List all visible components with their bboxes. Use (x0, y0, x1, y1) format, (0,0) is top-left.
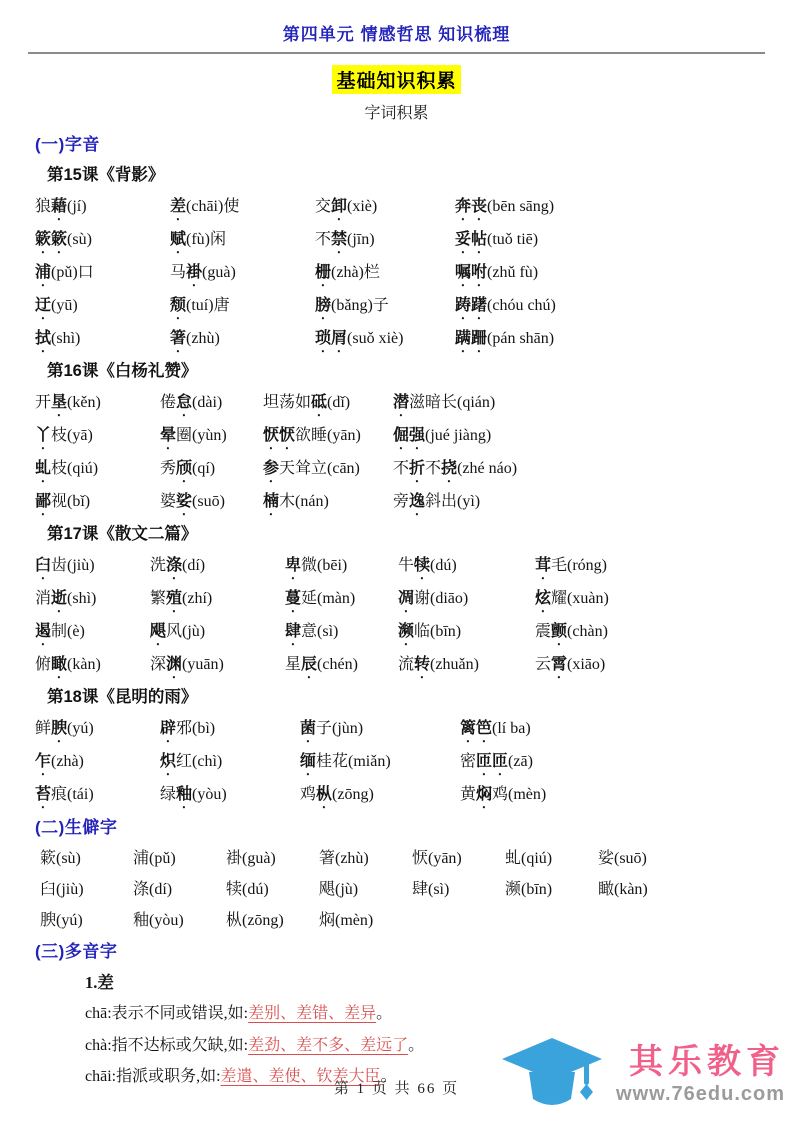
rare-character-entry: 肆(sì) (412, 874, 505, 905)
emphasized-character: 娑 (176, 493, 192, 510)
emphasized-character: 嘱咐 (455, 264, 487, 281)
word-entry: 茸毛(róng) (535, 550, 767, 583)
rare-character-entry: 飓(jù) (319, 874, 412, 905)
emphasized-character: 凋 (398, 590, 414, 607)
word-entry: 膀(bǎng)子 (315, 290, 455, 323)
emphasized-character: 簌簌 (35, 231, 67, 248)
word-entry: 拭(shì) (35, 323, 170, 356)
word-entry: 迂(yū) (35, 290, 170, 323)
word-entry: 倔强(jué jiàng) (393, 420, 767, 453)
polyphone-examples: 差别、差错、差异 (248, 1005, 376, 1022)
emphasized-character: 砥 (311, 394, 327, 411)
emphasized-character: 怠 (176, 394, 192, 411)
polyphone-item-number: 1.差 (85, 967, 767, 998)
word-row: 虬枝(qiú)秀颀(qí)参天耸立(cān)不折不挠(zhé náo) (35, 453, 767, 486)
rare-character-entry: 臼(jiù) (40, 874, 133, 905)
word-entry: 蹒跚(pán shān) (455, 323, 767, 356)
emphasized-character: 楠 (263, 493, 279, 510)
word-entry: 云霄(xiāo) (535, 649, 767, 682)
emphasized-character: 腴 (51, 720, 67, 737)
word-entry: 恹恹欲睡(yān) (263, 420, 393, 453)
emphasized-character: 篱笆 (460, 720, 492, 737)
emphasized-character: 乍 (35, 753, 51, 770)
emphasized-character: 栅 (315, 264, 331, 281)
emphasized-character: 蔓 (285, 590, 301, 607)
word-entry: 旁逸斜出(yì) (393, 486, 767, 519)
word-row: 迂(yū)颓(tuí)唐膀(bǎng)子踌躇(chóu chú) (35, 290, 767, 323)
emphasized-character: 倔强 (393, 427, 425, 444)
section-heading-pronunciation: (一)字音 (35, 129, 767, 160)
emphasized-character: 赋 (170, 231, 186, 248)
word-row: 浦(pǔ)口马褂(guà)栅(zhà)栏嘱咐(zhǔ fù) (35, 257, 767, 290)
emphasized-character: 拭 (35, 330, 51, 347)
word-entry: 琐屑(suǒ xiè) (315, 323, 455, 356)
word-entry: 栅(zhà)栏 (315, 257, 455, 290)
word-entry: 繁殖(zhí) (150, 583, 285, 616)
emphasized-character: 踌躇 (455, 297, 487, 314)
word-entry: 狼藉(jí) (35, 191, 170, 224)
emphasized-character: 缅 (300, 753, 316, 770)
emphasized-character: 苔 (35, 786, 51, 803)
word-entry: 奔丧(bēn sāng) (455, 191, 767, 224)
rare-character-entry: 釉(yòu) (133, 905, 226, 936)
emphasized-character: 差 (170, 198, 186, 215)
word-row: 丫枝(yā)晕圈(yùn)恹恹欲睡(yān)倔强(jué jiàng) (35, 420, 767, 453)
emphasized-character: 迂 (35, 297, 51, 314)
emphasized-character: 辟 (160, 720, 176, 737)
word-entry: 潜滋暗长(qián) (393, 387, 767, 420)
emphasized-character: 肆 (285, 623, 301, 640)
polyphone-definition: chā:表示不同或错误,如: (85, 1005, 248, 1022)
word-entry: 臼齿(jiù) (35, 550, 150, 583)
polyphone-definition: chà:指不达标或欠缺,如: (85, 1037, 248, 1054)
emphasized-character: 枞 (316, 786, 332, 803)
rare-character-rows: 簌(sù)浦(pǔ)褂(guà)箸(zhù)恹(yān)虬(qiú)娑(suō)… (35, 843, 767, 936)
rare-character-entry: 娑(suō) (598, 843, 691, 874)
polyphone-period: 。 (376, 1005, 392, 1022)
emphasized-character: 恹恹 (263, 427, 295, 444)
word-entry: 妥帖(tuǒ tiē) (455, 224, 767, 257)
emphasized-character: 禁 (331, 231, 347, 248)
emphasized-character: 瞰 (51, 656, 67, 673)
rare-character-entry: 恹(yān) (412, 843, 505, 874)
header-divider (28, 52, 765, 54)
word-entry: 浦(pǔ)口 (35, 257, 170, 290)
rare-character-entry: 腴(yú) (40, 905, 133, 936)
word-row: 俯瞰(kàn)深渊(yuān)星辰(chén)流转(zhuǎn)云霄(xiāo) (35, 649, 767, 682)
emphasized-character: 参 (263, 460, 279, 477)
word-entry: 篱笆(lí ba) (460, 713, 767, 746)
emphasized-character: 卸 (331, 198, 347, 215)
emphasized-character: 遏 (35, 623, 51, 640)
polyphone-line: chā:表示不同或错误,如:差别、差错、差异。 (85, 998, 767, 1030)
word-entry: 肆意(sì) (285, 616, 398, 649)
lesson-title: 第17课《散文二篇》 (47, 519, 767, 550)
word-row: 苔痕(tái)绿釉(yòu)鸡枞(zōng)黄焖鸡(mèn) (35, 779, 767, 812)
word-entry: 缅桂花(miǎn) (300, 746, 460, 779)
word-entry: 牛犊(dú) (398, 550, 535, 583)
emphasized-character: 釉 (176, 786, 192, 803)
word-entry: 俯瞰(kàn) (35, 649, 150, 682)
emphasized-character: 焖 (476, 786, 492, 803)
emphasized-character: 膀 (315, 297, 331, 314)
word-entry: 虬枝(qiú) (35, 453, 160, 486)
word-entry: 飓风(jù) (150, 616, 285, 649)
emphasized-character: 晕 (160, 427, 176, 444)
emphasized-character: 妥帖 (455, 231, 487, 248)
word-entry: 交卸(xiè) (315, 191, 455, 224)
word-entry: 蔓延(màn) (285, 583, 398, 616)
word-entry: 星辰(chén) (285, 649, 398, 682)
word-entry: 赋(fù)闲 (170, 224, 315, 257)
emphasized-character: 奔丧 (455, 198, 487, 215)
polyphone-period: 。 (408, 1037, 424, 1054)
emphasized-character: 折 (409, 460, 425, 477)
word-entry: 簌簌(sù) (35, 224, 170, 257)
word-entry: 晕圈(yùn) (160, 420, 263, 453)
word-entry: 丫枝(yā) (35, 420, 160, 453)
emphasized-character: 垦 (51, 394, 67, 411)
emphasized-character: 颀 (176, 460, 192, 477)
emphasized-character: 丫 (35, 427, 51, 444)
word-entry: 绿釉(yòu) (160, 779, 300, 812)
word-entry: 秀颀(qí) (160, 453, 263, 486)
word-entry: 炫耀(xuàn) (535, 583, 767, 616)
word-entry: 密匝匝(zā) (460, 746, 767, 779)
emphasized-character: 炫 (535, 590, 551, 607)
emphasized-character: 颓 (170, 297, 186, 314)
word-entry: 黄焖鸡(mèn) (460, 779, 767, 812)
pronunciation-lessons: 第15课《背影》狼藉(jí)差(chāi)使交卸(xiè)奔丧(bēn sāng… (35, 160, 767, 812)
rare-character-entry: 涤(dí) (133, 874, 226, 905)
emphasized-character: 臼 (35, 557, 51, 574)
emphasized-character: 殖 (166, 590, 182, 607)
title-wrap: 基础知识积累 (0, 65, 793, 94)
word-entry: 凋谢(diāo) (398, 583, 535, 616)
word-row: 拭(shì)箸(zhù)琐屑(suǒ xiè)蹒跚(pán shān) (35, 323, 767, 356)
emphasized-character: 鄙 (35, 493, 51, 510)
word-entry: 乍(zhà) (35, 746, 160, 779)
word-entry: 辟邪(bì) (160, 713, 300, 746)
word-entry: 遏制(è) (35, 616, 150, 649)
word-row: 簌簌(sù)赋(fù)闲不禁(jīn)妥帖(tuǒ tiē) (35, 224, 767, 257)
rare-character-entry: 犊(dú) (226, 874, 319, 905)
word-entry: 鄙视(bǐ) (35, 486, 160, 519)
word-entry: 参天耸立(cān) (263, 453, 393, 486)
word-row: 狼藉(jí)差(chāi)使交卸(xiè)奔丧(bēn sāng) (35, 191, 767, 224)
word-row: 臼齿(jiù)洗涤(dí)卑微(bēi)牛犊(dú)茸毛(róng) (35, 550, 767, 583)
emphasized-character: 濒 (398, 623, 414, 640)
emphasized-character: 飓 (150, 623, 166, 640)
emphasized-character: 炽 (160, 753, 176, 770)
word-entry: 颓(tuí)唐 (170, 290, 315, 323)
emphasized-character: 辰 (301, 656, 317, 673)
word-entry: 菌子(jùn) (300, 713, 460, 746)
emphasized-character: 褂 (186, 264, 202, 281)
emphasized-character: 箸 (170, 330, 186, 347)
word-row: 开垦(kěn)倦怠(dài)坦荡如砥(dǐ)潜滋暗长(qián) (35, 387, 767, 420)
rare-character-entry: 濒(bīn) (505, 874, 598, 905)
document-content: (一)字音 第15课《背影》狼藉(jí)差(chāi)使交卸(xiè)奔丧(bē… (35, 129, 767, 1093)
word-entry: 鲜腴(yú) (35, 713, 160, 746)
word-row: 乍(zhà)炽红(chì)缅桂花(miǎn)密匝匝(zā) (35, 746, 767, 779)
rare-character-entry: 枞(zōng) (226, 905, 319, 936)
lesson-title: 第16课《白杨礼赞》 (47, 356, 767, 387)
rare-character-entry: 簌(sù) (40, 843, 133, 874)
rare-character-entry: 瞰(kàn) (598, 874, 691, 905)
word-entry: 鸡枞(zōng) (300, 779, 460, 812)
section-heading-rare-characters: (二)生僻字 (35, 812, 767, 843)
word-entry: 洗涤(dí) (150, 550, 285, 583)
site-logo: 其乐教育 www.76edu.com (502, 1036, 785, 1114)
word-entry: 差(chāi)使 (170, 191, 315, 224)
word-entry: 流转(zhuǎn) (398, 649, 535, 682)
word-entry: 苔痕(tái) (35, 779, 160, 812)
emphasized-character: 菌 (300, 720, 316, 737)
emphasized-character: 藉 (51, 198, 67, 215)
lesson-title: 第18课《昆明的雨》 (47, 682, 767, 713)
word-entry: 楠木(nán) (263, 486, 393, 519)
section-heading-polyphones: (三)多音字 (35, 936, 767, 967)
word-entry: 马褂(guà) (170, 257, 315, 290)
word-entry: 消逝(shì) (35, 583, 150, 616)
emphasized-character: 颤 (551, 623, 567, 640)
word-entry: 深渊(yuān) (150, 649, 285, 682)
graduation-cap-icon (502, 1036, 606, 1114)
rare-character-row: 臼(jiù)涤(dí)犊(dú)飓(jù)肆(sì)濒(bīn)瞰(kàn) (40, 874, 767, 905)
emphasized-character: 茸 (535, 557, 551, 574)
page-header: 第四单元 情感哲思 知识梳理 (0, 0, 793, 45)
logo-text: 其乐教育 www.76edu.com (616, 1044, 785, 1105)
document-page: 第四单元 情感哲思 知识梳理 基础知识积累 字词积累 (一)字音 第15课《背影… (0, 0, 793, 1122)
rare-character-row: 簌(sù)浦(pǔ)褂(guà)箸(zhù)恹(yān)虬(qiú)娑(suō) (40, 843, 767, 874)
emphasized-character: 涤 (166, 557, 182, 574)
word-entry: 不禁(jīn) (315, 224, 455, 257)
rare-character-entry: 虬(qiú) (505, 843, 598, 874)
emphasized-character: 渊 (166, 656, 182, 673)
emphasized-character: 犊 (414, 557, 430, 574)
rare-character-entry: 箸(zhù) (319, 843, 412, 874)
rare-character-row: 腴(yú)釉(yòu)枞(zōng)焖(mèn) (40, 905, 767, 936)
word-entry: 震颤(chàn) (535, 616, 767, 649)
subtitle: 字词积累 (0, 100, 793, 123)
rare-character-entry: 褂(guà) (226, 843, 319, 874)
word-entry: 嘱咐(zhǔ fù) (455, 257, 767, 290)
polyphone-examples: 差劲、差不多、差远了 (248, 1037, 408, 1054)
rare-character-entry: 焖(mèn) (319, 905, 412, 936)
emphasized-character: 挠 (441, 460, 457, 477)
emphasized-character: 匝匝 (476, 753, 508, 770)
word-row: 鲜腴(yú)辟邪(bì)菌子(jùn)篱笆(lí ba) (35, 713, 767, 746)
word-entry: 濒临(bīn) (398, 616, 535, 649)
word-entry: 婆娑(suō) (160, 486, 263, 519)
emphasized-character: 逝 (51, 590, 67, 607)
word-entry: 踌躇(chóu chú) (455, 290, 767, 323)
word-entry: 坦荡如砥(dǐ) (263, 387, 393, 420)
emphasized-character: 转 (414, 656, 430, 673)
emphasized-character: 琐屑 (315, 330, 347, 347)
word-entry: 倦怠(dài) (160, 387, 263, 420)
emphasized-character: 虬 (35, 460, 51, 477)
emphasized-character: 潜 (393, 394, 409, 411)
highlighted-title: 基础知识积累 (332, 65, 460, 94)
emphasized-character: 蹒跚 (455, 330, 487, 347)
logo-name: 其乐教育 (629, 1044, 785, 1081)
word-entry: 不折不挠(zhé náo) (393, 453, 767, 486)
emphasized-character: 逸 (409, 493, 425, 510)
word-row: 遏制(è)飓风(jù)肆意(sì)濒临(bīn)震颤(chàn) (35, 616, 767, 649)
word-row: 消逝(shì)繁殖(zhí)蔓延(màn)凋谢(diāo)炫耀(xuàn) (35, 583, 767, 616)
word-entry: 箸(zhù) (170, 323, 315, 356)
emphasized-character: 浦 (35, 264, 51, 281)
word-row: 鄙视(bǐ)婆娑(suō)楠木(nán)旁逸斜出(yì) (35, 486, 767, 519)
lesson-title: 第15课《背影》 (47, 160, 767, 191)
rare-character-entry: 浦(pǔ) (133, 843, 226, 874)
emphasized-character: 霄 (551, 656, 567, 673)
word-entry: 开垦(kěn) (35, 387, 160, 420)
word-entry: 炽红(chì) (160, 746, 300, 779)
emphasized-character: 卑 (285, 557, 301, 574)
word-entry: 卑微(bēi) (285, 550, 398, 583)
header-title: 第四单元 情感哲思 知识梳理 (0, 20, 793, 45)
logo-url: www.76edu.com (616, 1082, 785, 1106)
